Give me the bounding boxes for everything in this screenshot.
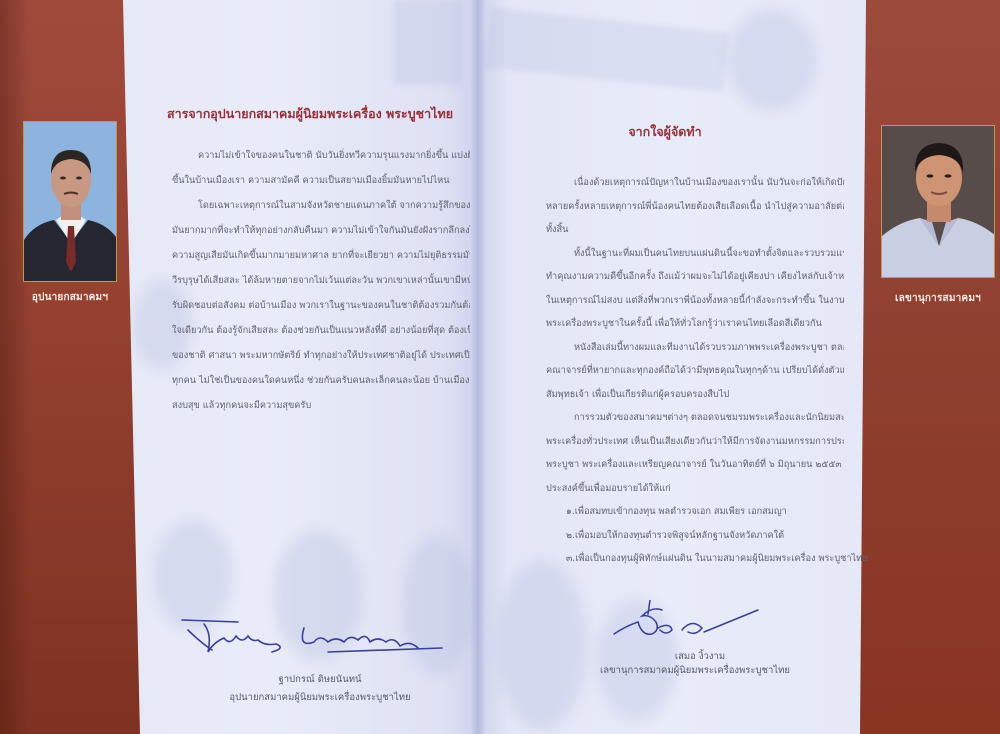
paragraph: หนังสือเล่มนี้ทางผมและทีมงานได้รวบรวมภาพ…	[514, 336, 844, 407]
cover-shadow	[0, 0, 30, 734]
secretary-caption: เลขานุการสมาคมฯ	[878, 291, 998, 306]
text-line: ทั้งนี้ในฐานะที่ผมเป็นคนไทยบนแผ่นดินนี้จ…	[514, 242, 844, 266]
text-line: ทั้งสิ้น	[514, 218, 844, 242]
text-line: มันยากมากที่จะทำให้ทุกอย่างกลับคืนมา ควา…	[140, 218, 470, 243]
list-item: ๑.เพื่อสมทบเข้ากองทุน พลตำรวจเอก สมเพียร…	[514, 500, 844, 524]
left-page-title: สารจากอุปนายกสมาคมผู้นิยมพระเครื่อง พระบ…	[140, 104, 480, 124]
vice-president-signature-icon	[178, 612, 448, 667]
text-line: สัมพุทธเจ้า เพื่อเป็นเกียรติแก่ผู้ครอบคร…	[514, 383, 844, 407]
text-line: หลายครั้งหลายเหตุการณ์พี่น้องคนไทยต้องเส…	[514, 195, 844, 219]
donation-purpose-list: ๑.เพื่อสมทบเข้ากองทุน พลตำรวจเอก สมเพียร…	[514, 500, 844, 571]
vice-president-role: อุปนายกสมาคมผู้นิยมพระเครื่องพระบูชาไทย	[180, 690, 460, 705]
list-item: ๒.เพื่อมอบให้กองทุนตำรวจพิสูจน์หลักฐานจั…	[514, 524, 844, 548]
paragraph: ความไม่เข้าใจของคนในชาติ นับวันยิ่งทวีคว…	[140, 143, 470, 193]
text-line: ประสงค์ขึ้นเพื่อมอบรายได้ให้แก่	[514, 477, 844, 501]
left-page-body: ความไม่เข้าใจของคนในชาติ นับวันยิ่งทวีคว…	[140, 143, 470, 418]
text-line: ขึ้นในบ้านเมืองเรา ความสามัคคี ความเป็นส…	[140, 168, 470, 193]
vice-president-name: ฐาปกรณ์ ดิษยนันทน์	[200, 672, 440, 687]
text-line: หนังสือเล่มนี้ทางผมและทีมงานได้รวบรวมภาพ…	[514, 336, 844, 360]
text-line: พระเครื่องทั่วประเทศ เห็นเป็นเสียงเดียวก…	[514, 430, 844, 454]
vice-president-portrait	[23, 121, 117, 282]
text-line: เนื่องด้วยเหตุการณ์ปัญหาในบ้านเมืองของเร…	[514, 171, 844, 195]
paragraph: การรวมตัวของสมาคมฯต่างๆ ตลอดจนชมรมพระเคร…	[514, 406, 844, 500]
watermark-face	[727, 10, 817, 110]
text-line: ความไม่เข้าใจของคนในชาติ นับวันยิ่งทวีคว…	[140, 143, 470, 168]
list-item: ๓.เพื่อเป็นกองทุนผู้พิทักษ์แผ่นดิน ในนาม…	[514, 547, 844, 571]
text-line: โดยเฉพาะเหตุการณ์ในสามจังหวัดชายแดนภาคใต…	[140, 193, 470, 218]
secretary-role: เลขานุการสมาคมผู้นิยมพระเครื่องพระบูชาไท…	[570, 663, 820, 678]
portrait-man-suit-icon	[24, 122, 117, 282]
right-page-body: เนื่องด้วยเหตุการณ์ปัญหาในบ้านเมืองของเร…	[514, 146, 844, 571]
text-line: ทุกคน ไม่ใช่เป็นของคนใดคนหนึ่ง ช่วยกันคร…	[140, 368, 470, 393]
text-line: ใจเดียวกัน ต้องรู้จักเสียสละ ต้องช่วยกัน…	[140, 318, 470, 343]
text-line: ในเหตุการณ์ไม่สงบ แต่สิ่งที่พวกเราพี่น้อ…	[514, 289, 844, 313]
paragraph: โดยเฉพาะเหตุการณ์ในสามจังหวัดชายแดนภาคใต…	[140, 193, 470, 418]
text-line: ความสูญเสียมันเกิดขึ้นมากมายมหาศาล ยากที…	[140, 243, 470, 268]
vice-president-caption: อุปนายกสมาคมฯ	[18, 290, 122, 305]
watermark-figure	[497, 560, 587, 730]
watermark-window	[393, 0, 463, 85]
text-line: รับผิดชอบต่อสังคม ต่อบ้านเมือง พวกเราในฐ…	[140, 293, 470, 318]
text-line: คณาจารย์ที่หายากและทุกองค์ถือได้ว่ามีพุท…	[514, 359, 844, 383]
paragraph: ทั้งนี้ในฐานะที่ผมเป็นคนไทยบนแผ่นดินนี้จ…	[514, 242, 844, 336]
text-line: ทำคุณงามความดีขึ้นอีกครั้ง ถึงแม้ว่าผมจะ…	[514, 265, 844, 289]
right-cover-panel	[850, 0, 1000, 734]
secretary-signature-icon	[612, 600, 762, 645]
text-line: พระเครื่องพระบูชาในครั้งนี้ เพื่อให้ทั่ว…	[514, 312, 844, 336]
portrait-man-shirt-icon	[882, 126, 995, 278]
text-line: ของชาติ ศาสนา พระมหากษัตริย์ ทำทุกอย่างใ…	[140, 343, 470, 368]
watermark-vehicle	[485, 8, 730, 93]
paragraph: เนื่องด้วยเหตุการณ์ปัญหาในบ้านเมืองของเร…	[514, 171, 844, 242]
secretary-portrait	[881, 125, 995, 278]
text-line: วีรบุรุษได้เสียสละ ได้ล้มหายตายจากไม่เว้…	[140, 268, 470, 293]
text-line: การรวมตัวของสมาคมฯต่างๆ ตลอดจนชมรมพระเคร…	[514, 406, 844, 430]
secretary-name: เสมอ งิ้วงาม	[600, 649, 800, 664]
text-line: สงบสุข แล้วทุกคนจะมีความสุขครับ	[140, 393, 470, 418]
text-line: พระบูชา พระเครื่องและเหรียญคณาจารย์ ในวั…	[514, 453, 844, 477]
right-page-title: จากใจผู้จัดทำ	[560, 122, 770, 142]
